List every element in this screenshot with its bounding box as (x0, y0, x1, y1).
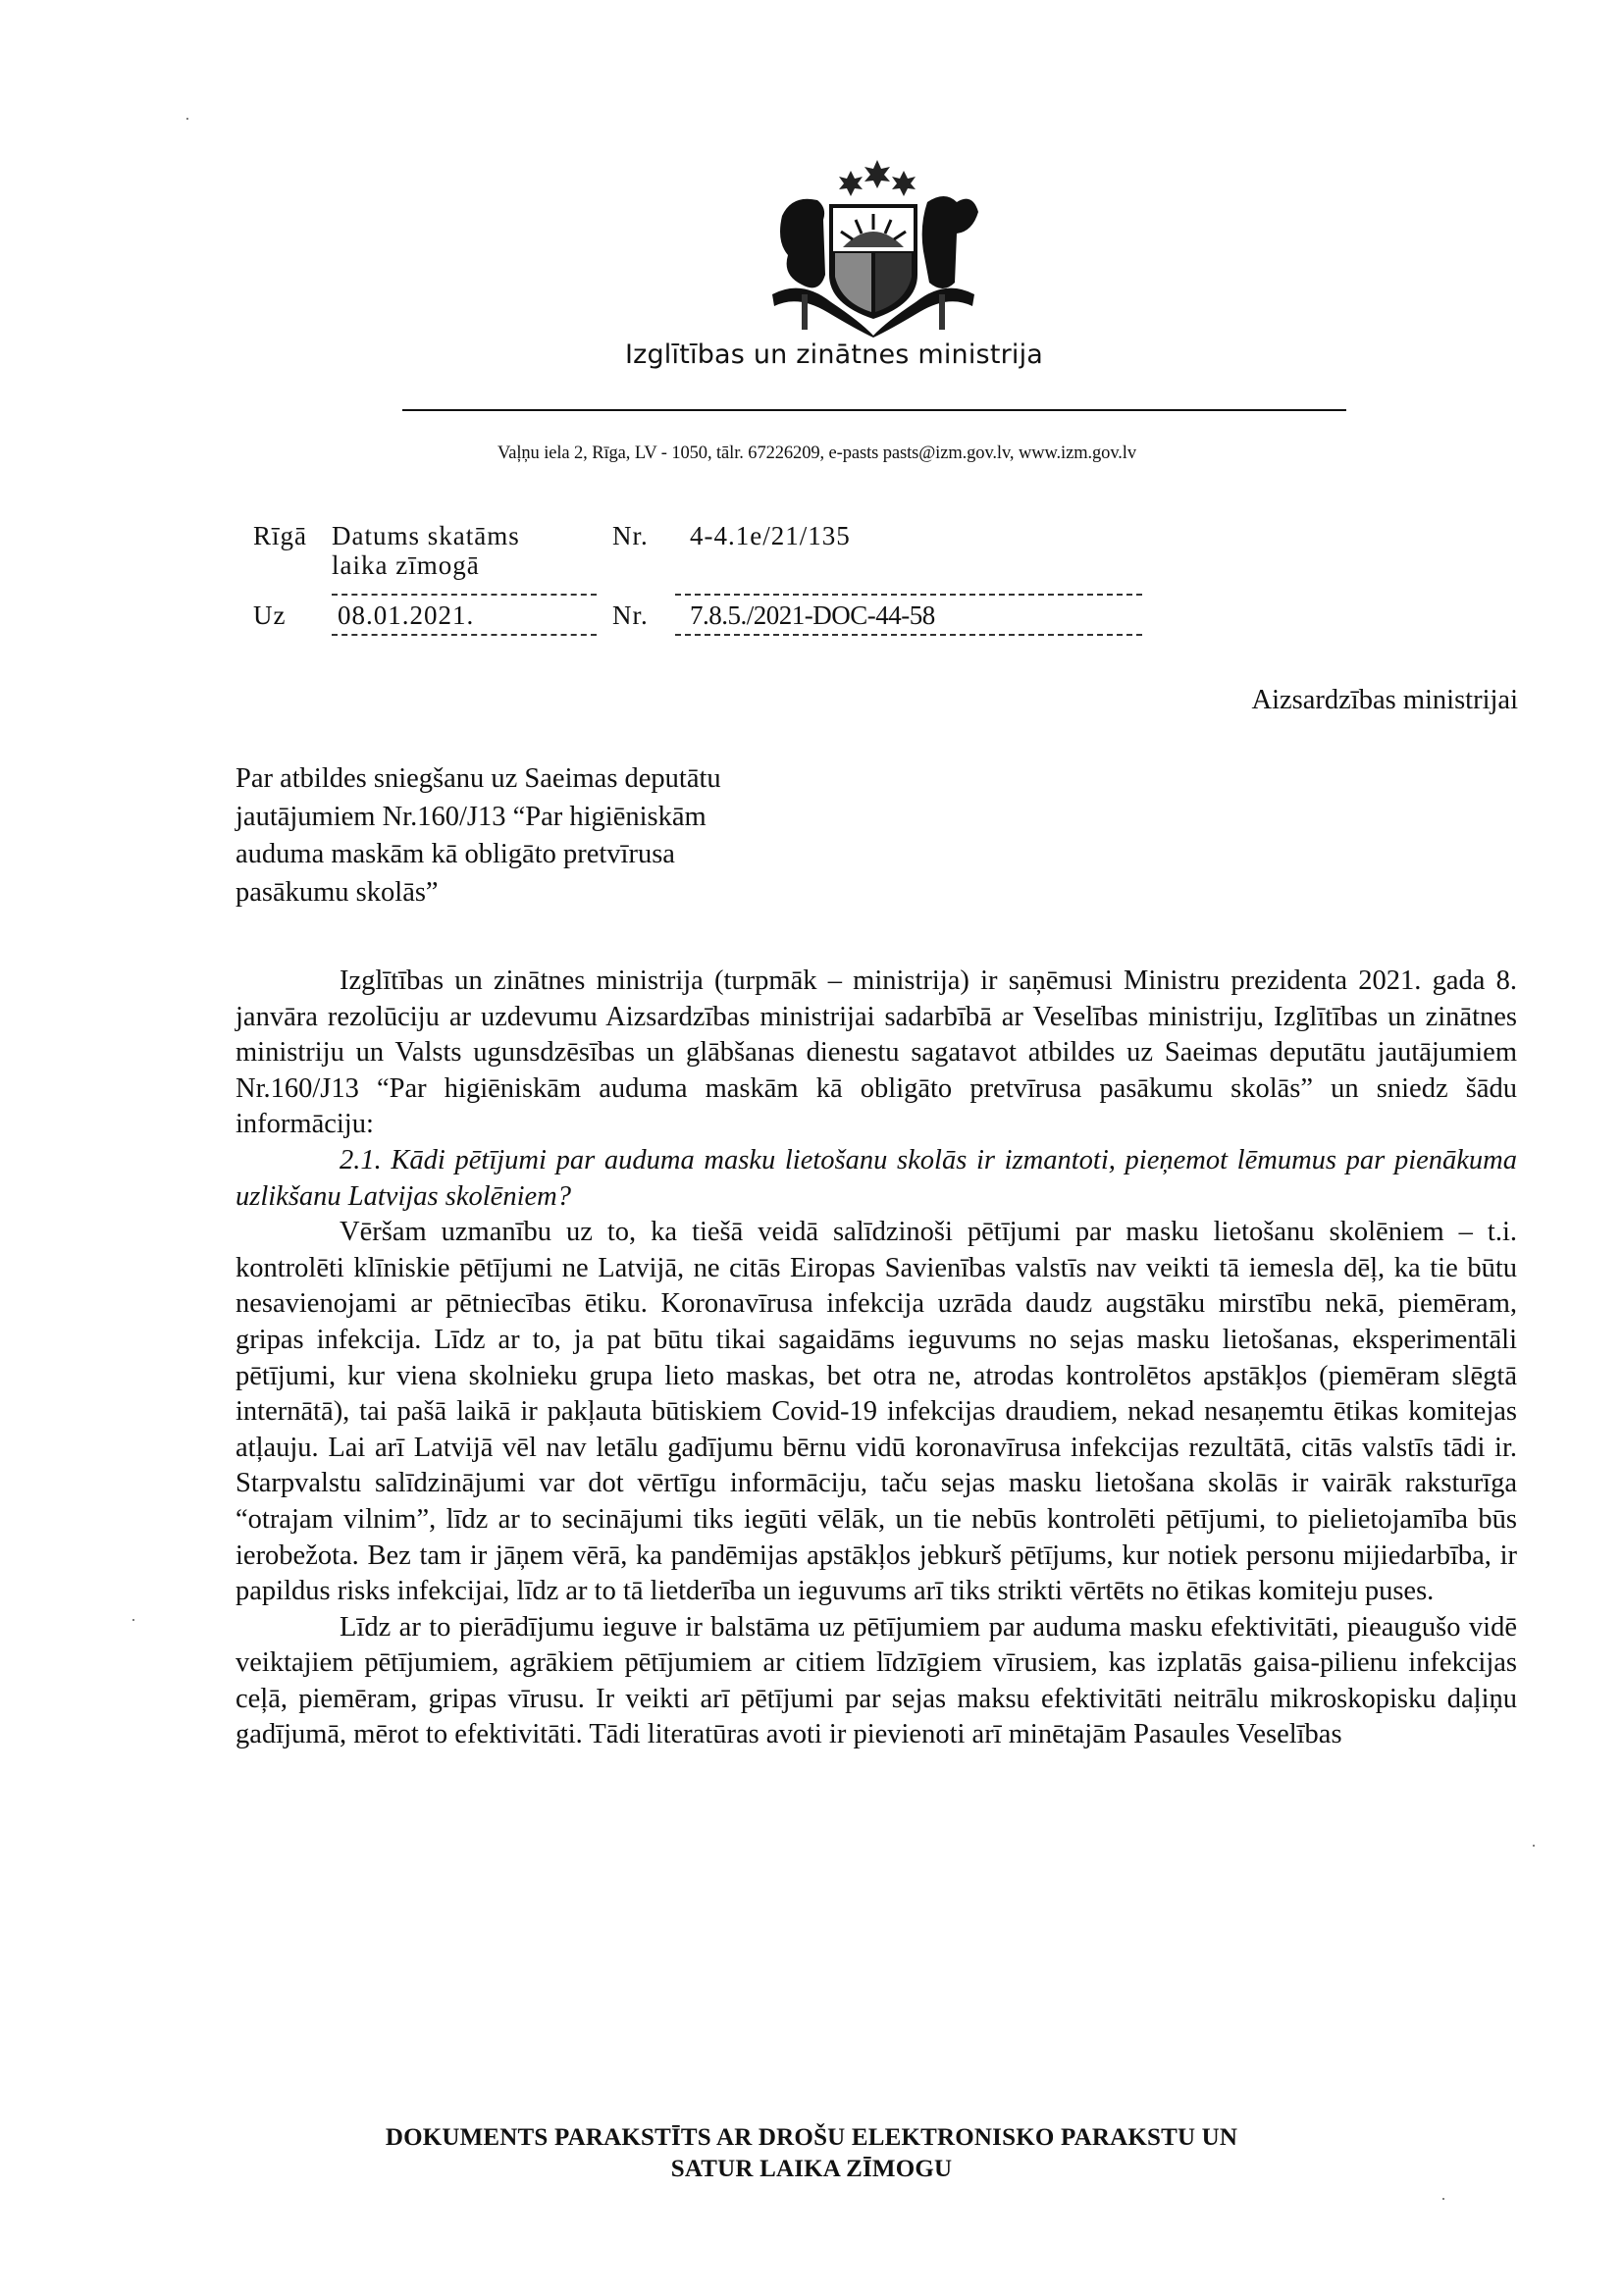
document-number: 4-4.1e/21/135 (690, 521, 851, 550)
signature-notice: DOKUMENTS PARAKSTĪTS AR DROŠU ELEKTRONIS… (0, 2122, 1623, 2185)
body-paragraph-answer: Vēršam uzmanību uz to, ka tiešā veidā sa… (236, 1215, 1517, 1610)
nr-dotted-line-top (675, 594, 1142, 596)
to-label: Uz (253, 600, 286, 630)
date-note-line1: Datums skatāms (332, 521, 520, 550)
date-note-line2: laika zīmogā (332, 550, 480, 580)
signature-notice-line2: SATUR LAIKA ZĪMOGU (0, 2154, 1623, 2185)
subject-line: auduma maskām kā obligāto pretvīrusa (236, 836, 922, 874)
scan-speck (186, 118, 188, 120)
scan-speck (1533, 1845, 1535, 1847)
nr-label: Nr. (612, 521, 649, 550)
coat-of-arms-icon (762, 157, 984, 339)
ministry-name: Izglītības un zinātnes ministrija (0, 339, 1623, 370)
ministry-address: Vaļņu iela 2, Rīga, LV - 1050, tālr. 672… (0, 444, 1623, 464)
body-paragraph-intro: Izglītības un zinātnes ministrija (turpm… (236, 964, 1517, 1143)
body-paragraph-evidence: Līdz ar to pierādījumu ieguve ir balstām… (236, 1610, 1517, 1753)
incoming-number: 7.8.5./2021-DOC-44-58 (690, 600, 935, 630)
signature-notice-line1: DOKUMENTS PARAKSTĪTS AR DROŠU ELEKTRONIS… (0, 2122, 1623, 2154)
subject-line: Par atbildes sniegšanu uz Saeimas deputā… (236, 760, 922, 799)
scan-speck (1442, 2198, 1444, 2200)
subject-line: pasākumu skolās” (236, 874, 922, 913)
date-dotted-line-top (332, 594, 597, 596)
subject-block: Par atbildes sniegšanu uz Saeimas deputā… (236, 760, 922, 912)
scan-speck (132, 1619, 134, 1621)
place-label: Rīgā (253, 521, 307, 550)
question-2-1: 2.1. Kādi pētījumi par auduma masku liet… (236, 1143, 1517, 1215)
nr-dotted-line-bottom (675, 634, 1142, 636)
letter-body: Izglītības un zinātnes ministrija (turpm… (236, 964, 1517, 1753)
date-dotted-line-bottom (332, 634, 597, 636)
addressee: Aizsardzības ministrijai (1252, 685, 1518, 716)
subject-line: jautājumiem Nr.160/J13 “Par higiēniskām (236, 799, 922, 837)
incoming-date: 08.01.2021. (338, 600, 474, 630)
incoming-nr-label: Nr. (612, 600, 649, 630)
letterhead-divider (402, 409, 1346, 411)
